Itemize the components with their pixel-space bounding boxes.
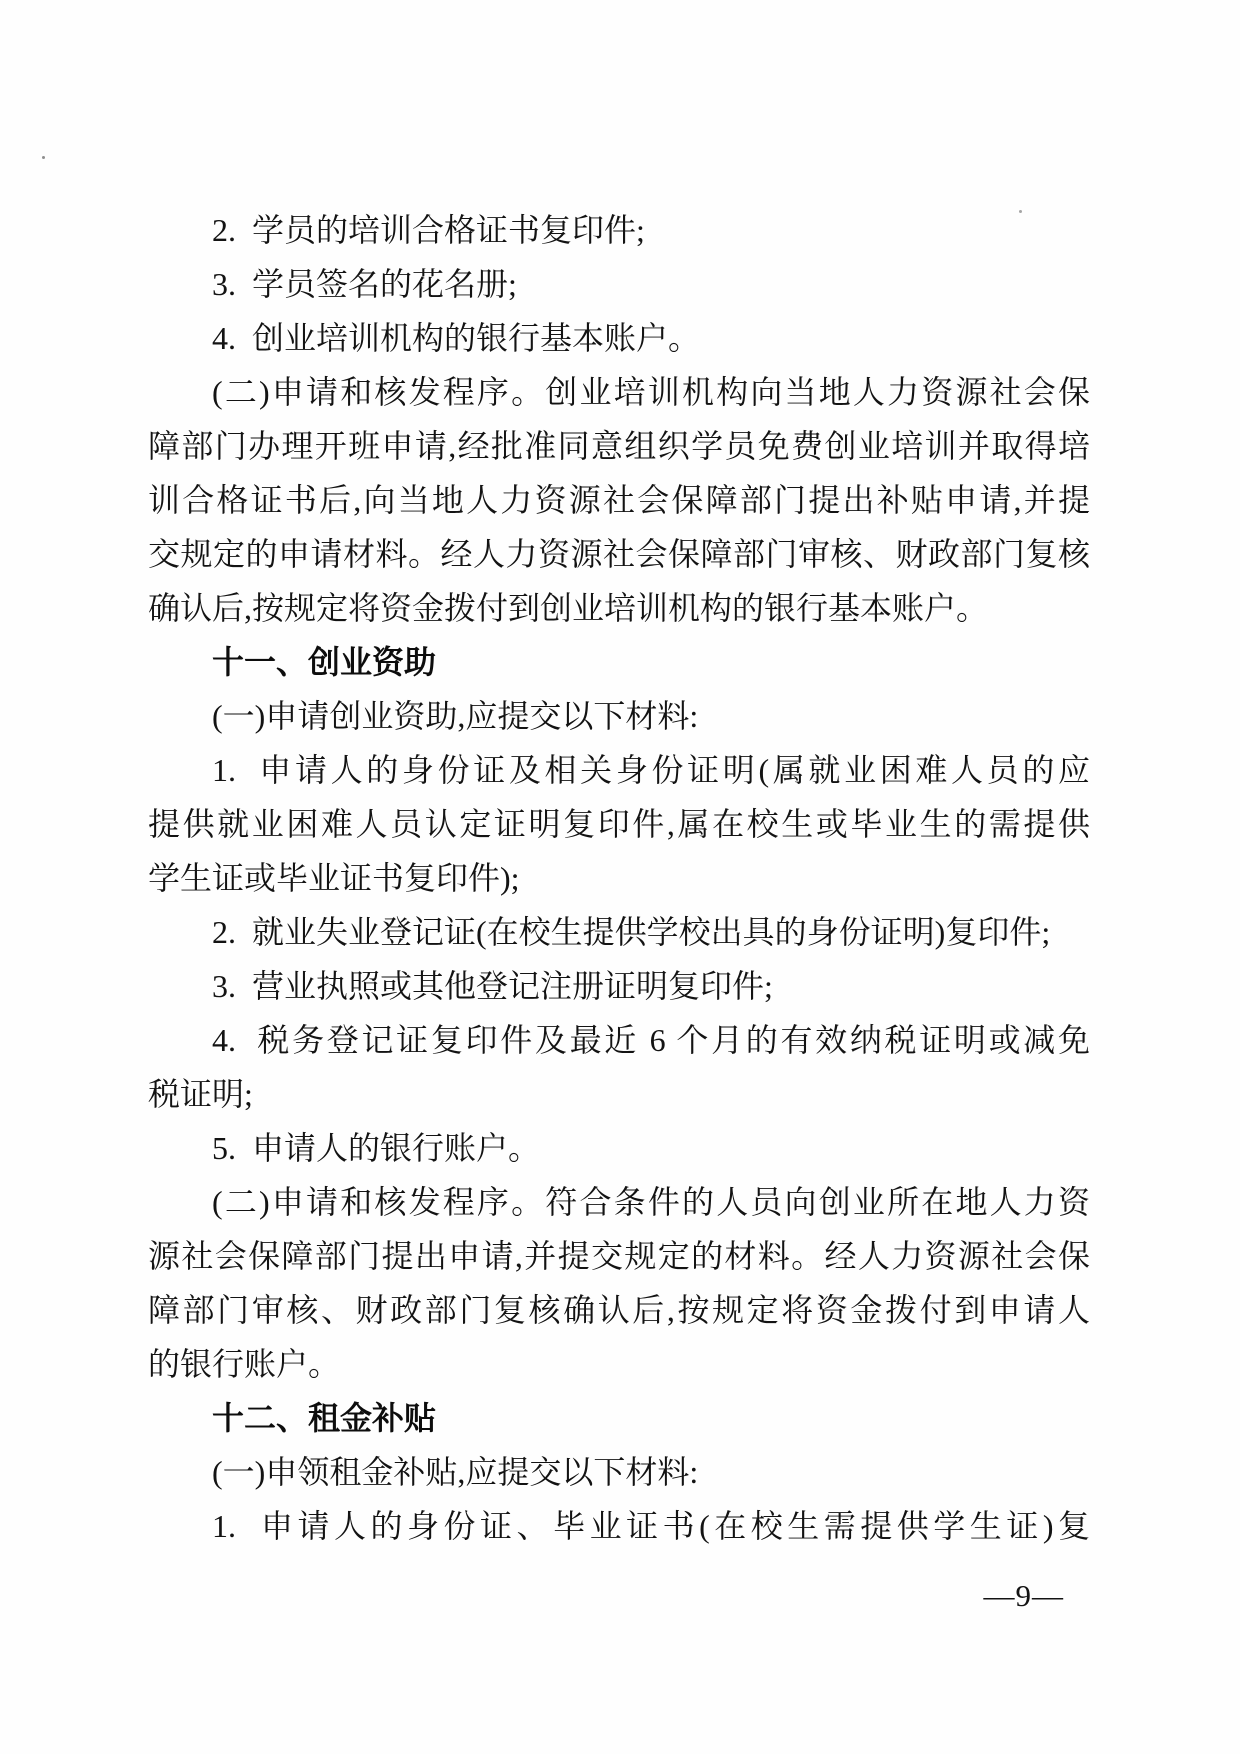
paragraph-line: 确认后,按规定将资金拨付到创业培训机构的银行基本账户。 xyxy=(148,581,1090,635)
paragraph-line: 提供就业困难人员认定证明复印件,属在校生或毕业生的需提供 xyxy=(148,797,1090,851)
document-page: 2. 学员的培训合格证书复印件; 3. 学员签名的花名册; 4. 创业培训机构的… xyxy=(0,0,1240,1754)
list-item: 2. 就业失业登记证(在校生提供学校出具的身份证明)复印件; xyxy=(148,905,1090,959)
paragraph-line: 税证明; xyxy=(148,1067,1090,1121)
paragraph-line: (一)申领租金补贴,应提交以下材料: xyxy=(148,1445,1090,1499)
paragraph-line: (二)申请和核发程序。符合条件的人员向创业所在地人力资 xyxy=(148,1175,1090,1229)
list-item: 3. 营业执照或其他登记注册证明复印件; xyxy=(148,959,1090,1013)
paragraph-line: 训合格证书后,向当地人力资源社会保障部门提出补贴申请,并提 xyxy=(148,473,1090,527)
paragraph-line: 源社会保障部门提出申请,并提交规定的材料。经人力资源社会保 xyxy=(148,1229,1090,1283)
list-item: 2. 学员的培训合格证书复印件; xyxy=(148,203,1090,257)
section-heading-12: 十二、租金补贴 xyxy=(148,1391,1090,1445)
list-item: 1. 申请人的身份证、毕业证书(在校生需提供学生证)复 xyxy=(148,1499,1090,1553)
list-item: 5. 申请人的银行账户。 xyxy=(148,1121,1090,1175)
page-number: —9— xyxy=(984,1569,1065,1623)
scan-speck xyxy=(42,156,45,159)
paragraph-line: 学生证或毕业证书复印件); xyxy=(148,851,1090,905)
paragraph-line: 交规定的申请材料。经人力资源社会保障部门审核、财政部门复核 xyxy=(148,527,1090,581)
document-body: 2. 学员的培训合格证书复印件; 3. 学员签名的花名册; 4. 创业培训机构的… xyxy=(148,203,1090,1553)
paragraph-line: (一)申请创业资助,应提交以下材料: xyxy=(148,689,1090,743)
paragraph-line: (二)申请和核发程序。创业培训机构向当地人力资源社会保 xyxy=(148,365,1090,419)
list-item: 4. 创业培训机构的银行基本账户。 xyxy=(148,311,1090,365)
list-item: 3. 学员签名的花名册; xyxy=(148,257,1090,311)
section-heading-11: 十一、创业资助 xyxy=(148,635,1090,689)
list-item: 1. 申请人的身份证及相关身份证明(属就业困难人员的应 xyxy=(148,743,1090,797)
paragraph-line: 障部门办理开班申请,经批准同意组织学员免费创业培训并取得培 xyxy=(148,419,1090,473)
paragraph-line: 障部门审核、财政部门复核确认后,按规定将资金拨付到申请人 xyxy=(148,1283,1090,1337)
paragraph-line: 的银行账户。 xyxy=(148,1337,1090,1391)
list-item: 4. 税务登记证复印件及最近 6 个月的有效纳税证明或减免 xyxy=(148,1013,1090,1067)
